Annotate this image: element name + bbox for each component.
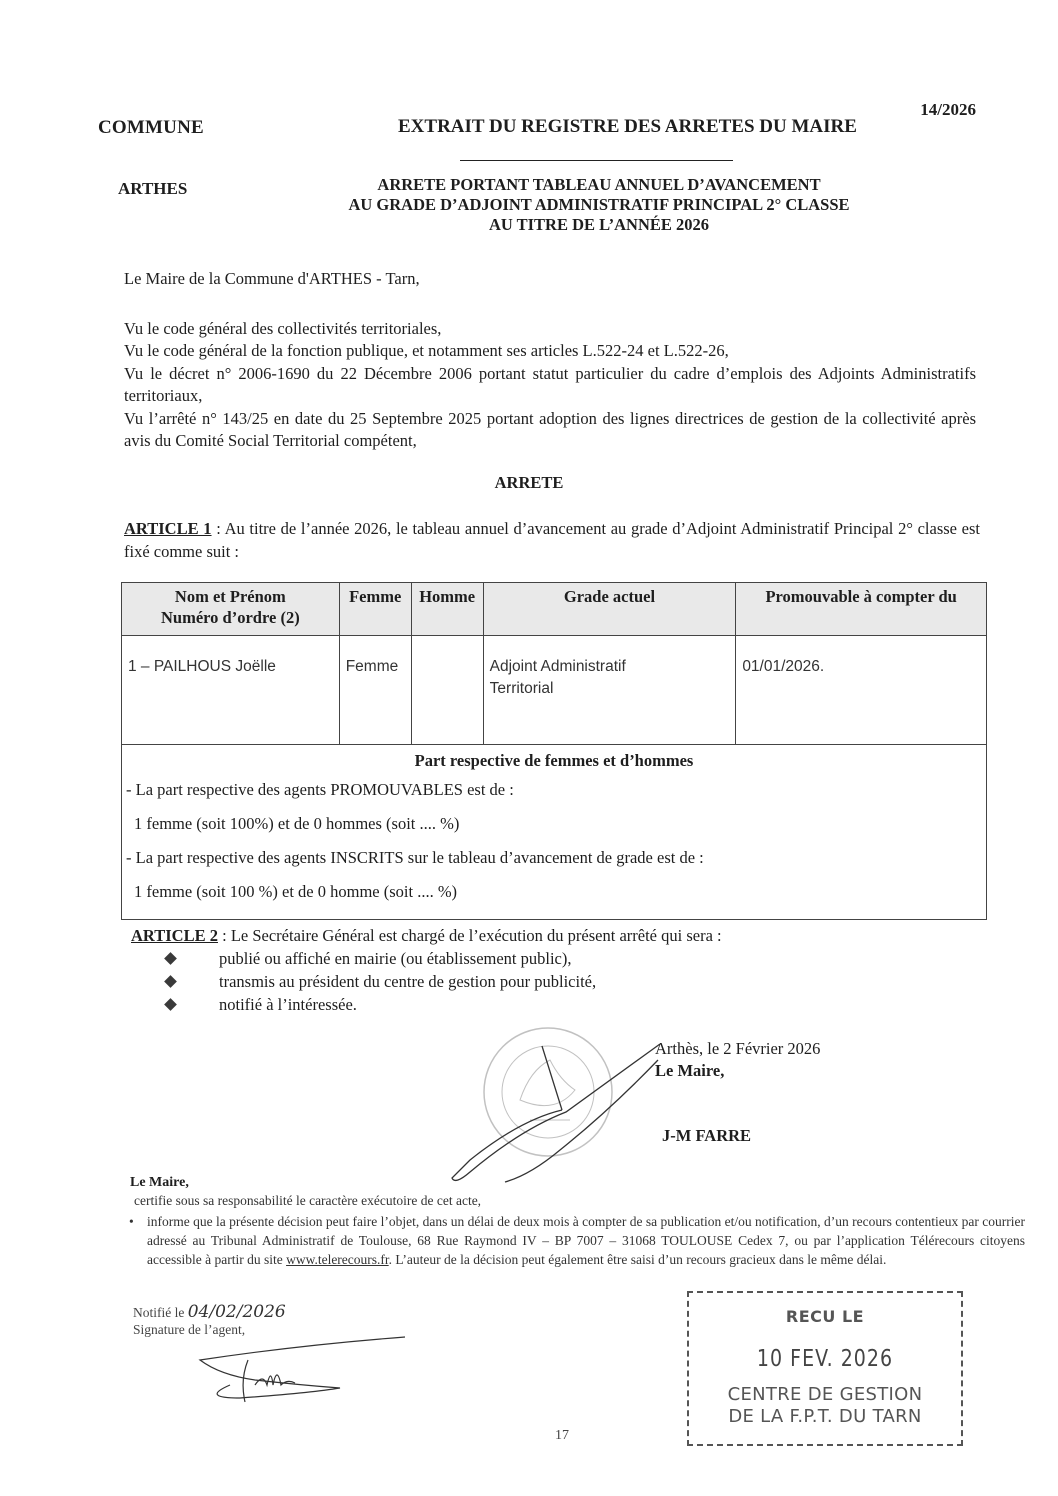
appeal-information: • informe que la présente décision peut … — [147, 1212, 1025, 1269]
signatory-role: Le Maire, — [655, 1060, 820, 1082]
notified-label: Notifié le — [133, 1305, 184, 1320]
bullet-dot-icon: • — [129, 1212, 134, 1231]
signatory-name: J-M FARRE — [662, 1126, 751, 1146]
mayor-signature-icon — [452, 1044, 660, 1182]
reception-stamp: RECU LE 10 FEV. 2026 CENTRE DE GESTION D… — [687, 1291, 963, 1446]
page-number: 17 — [0, 1428, 1058, 1444]
signature-block: Arthès, le 2 Février 2026 Le Maire, — [655, 1038, 820, 1082]
telerecours-link[interactable]: www.telerecours.fr — [286, 1252, 389, 1267]
stamp-received-label: RECU LE — [689, 1307, 961, 1326]
stamp-date: 10 FEV. 2026 — [689, 1346, 961, 1372]
footer-mayor-label: Le Maire, — [130, 1175, 189, 1191]
stamp-organization: CENTRE DE GESTION DE LA F.P.T. DU TARN — [689, 1384, 961, 1428]
place-and-date: Arthès, le 2 Février 2026 — [655, 1038, 820, 1060]
certification-text: certifie sous sa responsabilité le carac… — [134, 1193, 481, 1209]
notified-date: 04/02/2026 — [188, 1302, 286, 1322]
seal-and-signature-graphics — [0, 0, 1058, 1496]
agent-signature-label: Signature de l’agent, — [133, 1321, 286, 1338]
notification-block: Notifié le 04/02/2026 Signature de l’age… — [133, 1304, 286, 1338]
agent-signature-icon — [200, 1337, 405, 1402]
